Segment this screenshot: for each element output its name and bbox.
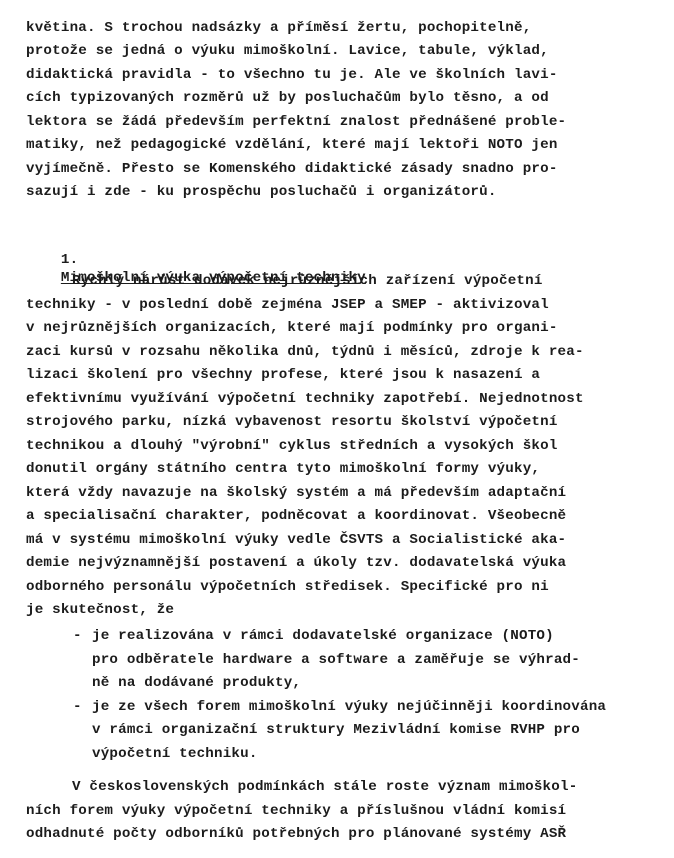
text-line: protože se jedná o výuku mimoškolní. Lav… [26, 42, 549, 60]
text-line: matiky, než pedagogické vzdělání, které … [26, 136, 558, 154]
text-line: výpočetní techniku. [92, 745, 258, 763]
text-line: odborného personálu výpočetních středise… [26, 578, 549, 596]
text-line: donutil orgány státního centra tyto mimo… [26, 460, 540, 478]
text-line: je realizována v rámci dodavatelské orga… [92, 627, 554, 645]
section-number: 1. [61, 252, 78, 268]
text-line: lektora se žádá především perfektní znal… [26, 113, 566, 131]
text-line: květina. S trochou nadsázky a příměsí že… [26, 19, 531, 37]
text-line: která vždy navazuje na školský systém a … [26, 484, 566, 502]
text-line: demie nejvýznamnější postavení a úkoly t… [26, 554, 566, 572]
text-line: vyjímečně. Přesto se Komenského didaktic… [26, 160, 558, 178]
text-line: efektivnímu využívání výpočetní techniky… [26, 390, 584, 408]
text-line: didaktická pravidla - to všechno tu je. … [26, 66, 558, 84]
bullet-marker: - [73, 627, 82, 645]
text-line: ně na dodávané produkty, [92, 674, 301, 692]
text-line: má v systému mimoškolní výuky vedle ČSVT… [26, 531, 566, 549]
text-line: technikou a dlouhý "výrobní" cyklus stře… [26, 437, 558, 455]
text-line: V československých podmínkách stále rost… [72, 778, 577, 796]
text-line: ních forem výuky výpočetní techniky a př… [26, 802, 566, 820]
text-line: strojového parku, nízká vybavenost resor… [26, 413, 558, 431]
text-line: v nejrůznějších organizacích, které mají… [26, 319, 558, 337]
text-line: techniky - v poslední době zejména JSEP … [26, 296, 549, 314]
text-line: sazují i zde - ku prospěchu posluchačů i… [26, 183, 497, 201]
text-line: Rychlý nárůst dodávek nejrůznějších zaří… [72, 272, 543, 290]
text-line: odhadnuté počty odborníků potřebných pro… [26, 825, 566, 843]
text-line: zaci kursů v rozsahu několika dnů, týdnů… [26, 343, 584, 361]
text-line: pro odběratele hardware a software a zam… [92, 651, 580, 669]
text-line: v rámci organizační struktury Mezivládní… [92, 721, 580, 739]
text-line: je skutečnost, že [26, 601, 174, 619]
bullet-marker: - [73, 698, 82, 716]
text-line: cích typizovaných rozměrů už by poslucha… [26, 89, 549, 107]
text-line: a specialisační charakter, podněcovat a … [26, 507, 566, 525]
section-heading: 1. Mimoškolní výuka výpočetní techniky [26, 233, 366, 305]
text-line: je ze všech forem mimoškolní výuky nejúč… [92, 698, 606, 716]
text-line: lizaci školení pro všechny profese, kter… [26, 366, 540, 384]
typewritten-page: květina. S trochou nadsázky a příměsí že… [0, 0, 674, 858]
